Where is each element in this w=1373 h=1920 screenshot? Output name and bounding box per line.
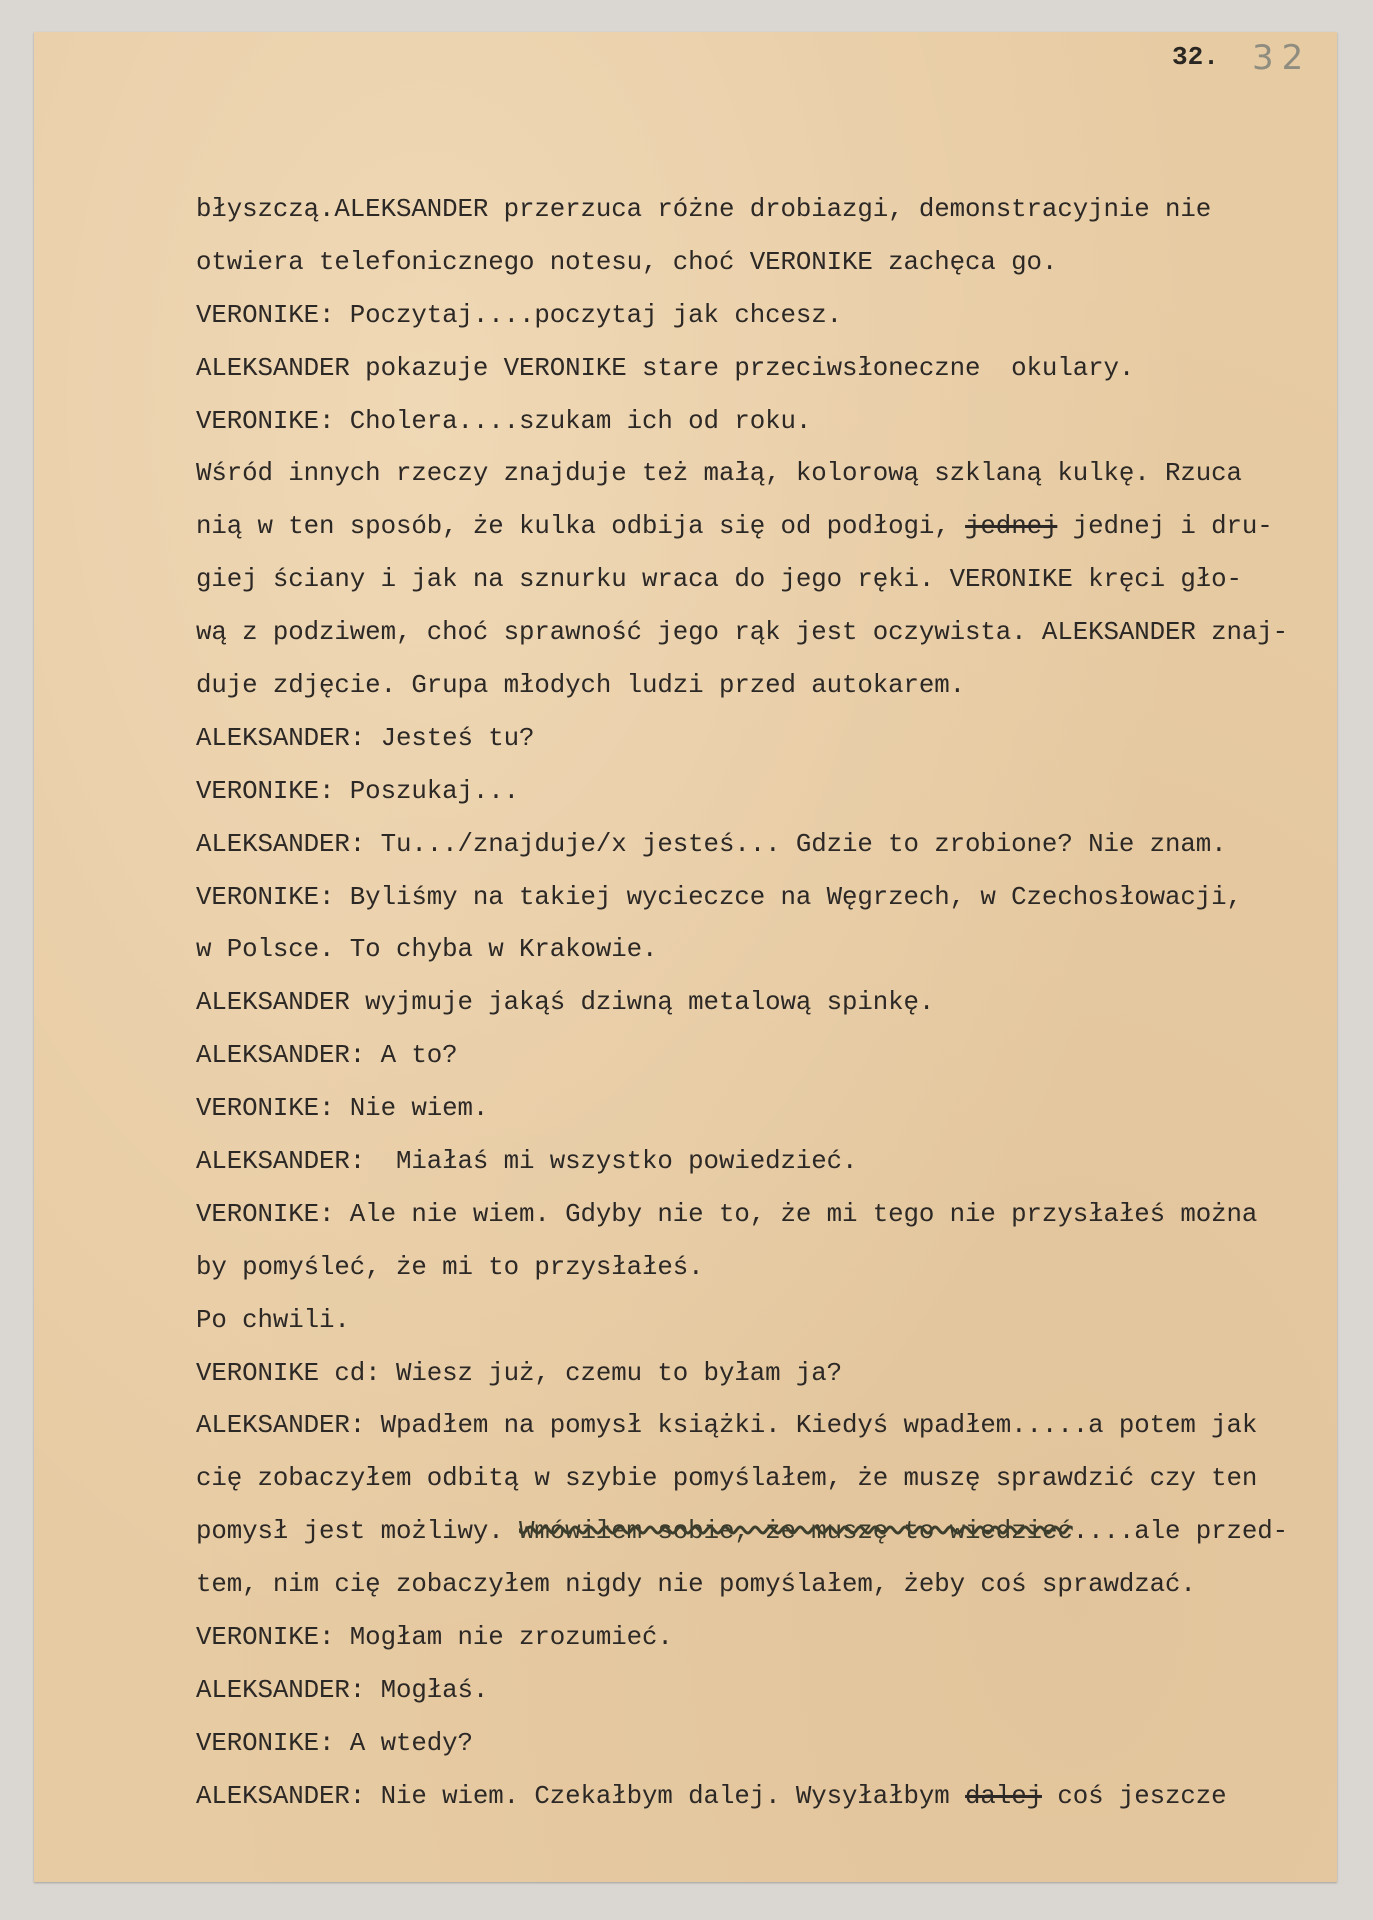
text-segment: ALEKSANDER: Mogłaś. <box>196 1676 488 1705</box>
text-segment: nią w ten sposób, że kulka odbija się od… <box>196 512 965 541</box>
text-line: VERONIKE: Cholera....szukam ich od roku. <box>196 402 1316 455</box>
text-line: Po chwili. <box>196 1301 1316 1354</box>
text-segment: VERONIKE: Poszukaj... <box>196 777 519 806</box>
text-segment: otwiera telefonicznego notesu, choć VERO… <box>196 248 1057 277</box>
text-line: pomysł jest możliwy. Wmówiłem sobie, że … <box>196 1512 1316 1565</box>
text-segment: ALEKSANDER: Wpadłem na pomysł książki. K… <box>196 1411 1257 1440</box>
text-line: ALEKSANDER: Nie wiem. Czekałbym dalej. W… <box>196 1777 1316 1830</box>
text-segment: ALEKSANDER: Jesteś tu? <box>196 724 534 753</box>
text-segment: ALEKSANDER: Tu.../znajduje/x jesteś... G… <box>196 830 1227 859</box>
text-segment: pomysł jest możliwy. <box>196 1517 519 1546</box>
text-line: ALEKSANDER: Wpadłem na pomysł książki. K… <box>196 1406 1316 1459</box>
text-line: Wśród innych rzeczy znajduje też małą, k… <box>196 454 1316 507</box>
page-number-pencil: 32 <box>1252 38 1311 78</box>
text-line: VERONIKE: Poszukaj... <box>196 772 1316 825</box>
text-line: VERONIKE cd: Wiesz już, czemu to byłam j… <box>196 1354 1316 1407</box>
text-line: VERONIKE: Poczytaj....poczytaj jak chces… <box>196 296 1316 349</box>
text-line: VERONIKE: Byliśmy na takiej wycieczce na… <box>196 878 1316 931</box>
typescript-body: błyszczą.ALEKSANDER przerzuca różne drob… <box>196 190 1316 1830</box>
text-segment: VERONIKE: Nie wiem. <box>196 1094 488 1123</box>
text-segment: by pomyśleć, że mi to przysłałeś. <box>196 1253 704 1282</box>
text-line: VERONIKE: A wtedy? <box>196 1724 1316 1777</box>
text-line: ALEKSANDER: A to? <box>196 1036 1316 1089</box>
text-line: ALEKSANDER: Tu.../znajduje/x jesteś... G… <box>196 825 1316 878</box>
text-line: ALEKSANDER: Miałaś mi wszystko powiedzie… <box>196 1142 1316 1195</box>
text-line: otwiera telefonicznego notesu, choć VERO… <box>196 243 1316 296</box>
text-segment: w Polsce. To chyba w Krakowie. <box>196 935 657 964</box>
text-segment: VERONIKE: Cholera....szukam ich od roku. <box>196 407 811 436</box>
text-line: VERONIKE: Nie wiem. <box>196 1089 1316 1142</box>
text-segment: VERONIKE: Poczytaj....poczytaj jak chces… <box>196 301 842 330</box>
text-segment: tem, nim cię zobaczyłem nigdy nie pomyśl… <box>196 1570 1196 1599</box>
text-segment: Po chwili. <box>196 1306 350 1335</box>
text-segment: ALEKSANDER: Miałaś mi wszystko powiedzie… <box>196 1147 857 1176</box>
text-segment: VERONIKE cd: Wiesz już, czemu to byłam j… <box>196 1359 842 1388</box>
text-segment: VERONIKE: A wtedy? <box>196 1729 473 1758</box>
text-line: tem, nim cię zobaczyłem nigdy nie pomyśl… <box>196 1565 1316 1618</box>
text-segment: giej ściany i jak na sznurku wraca do je… <box>196 565 1242 594</box>
scribbled-out-text: Wmówiłem sobie, że muszę to wiedzieć <box>519 1517 1073 1546</box>
text-segment: ALEKSANDER wyjmuje jakąś dziwną metalową… <box>196 988 934 1017</box>
text-line: ALEKSANDER: Mogłaś. <box>196 1671 1316 1724</box>
text-line: wą z podziwem, choć sprawność jego rąk j… <box>196 613 1316 666</box>
text-segment: VERONIKE: Byliśmy na takiej wycieczce na… <box>196 883 1242 912</box>
text-line: ALEKSANDER wyjmuje jakąś dziwną metalową… <box>196 983 1316 1036</box>
text-line: VERONIKE: Ale nie wiem. Gdyby nie to, że… <box>196 1195 1316 1248</box>
text-line: w Polsce. To chyba w Krakowie. <box>196 930 1316 983</box>
text-segment: ....ale przed- <box>1073 1517 1288 1546</box>
text-segment: cię zobaczyłem odbitą w szybie pomyślałe… <box>196 1464 1257 1493</box>
text-segment: jednej i dru- <box>1057 512 1272 541</box>
text-segment: ALEKSANDER: A to? <box>196 1041 457 1070</box>
page-number-typed: 32. <box>1172 42 1219 72</box>
text-line: ALEKSANDER: Jesteś tu? <box>196 719 1316 772</box>
text-line: giej ściany i jak na sznurku wraca do je… <box>196 560 1316 613</box>
text-line: błyszczą.ALEKSANDER przerzuca różne drob… <box>196 190 1316 243</box>
struck-text: jednej <box>965 512 1057 541</box>
text-line: cię zobaczyłem odbitą w szybie pomyślałe… <box>196 1459 1316 1512</box>
text-segment: duje zdjęcie. Grupa młodych ludzi przed … <box>196 671 965 700</box>
text-line: duje zdjęcie. Grupa młodych ludzi przed … <box>196 666 1316 719</box>
text-line: nią w ten sposób, że kulka odbija się od… <box>196 507 1316 560</box>
text-segment: coś jeszcze <box>1042 1782 1227 1811</box>
text-segment: ALEKSANDER: Nie wiem. Czekałbym dalej. W… <box>196 1782 965 1811</box>
text-line: by pomyśleć, że mi to przysłałeś. <box>196 1248 1316 1301</box>
text-segment: ALEKSANDER pokazuje VERONIKE stare przec… <box>196 354 1134 383</box>
text-segment: VERONIKE: Ale nie wiem. Gdyby nie to, że… <box>196 1200 1257 1229</box>
text-segment: wą z podziwem, choć sprawność jego rąk j… <box>196 618 1288 647</box>
text-line: VERONIKE: Mogłam nie zrozumieć. <box>196 1618 1316 1671</box>
text-segment: VERONIKE: Mogłam nie zrozumieć. <box>196 1623 673 1652</box>
text-segment: błyszczą.ALEKSANDER przerzuca różne drob… <box>196 195 1211 224</box>
struck-text: dalej <box>965 1782 1042 1811</box>
text-line: ALEKSANDER pokazuje VERONIKE stare przec… <box>196 349 1316 402</box>
text-segment: Wśród innych rzeczy znajduje też małą, k… <box>196 459 1242 488</box>
